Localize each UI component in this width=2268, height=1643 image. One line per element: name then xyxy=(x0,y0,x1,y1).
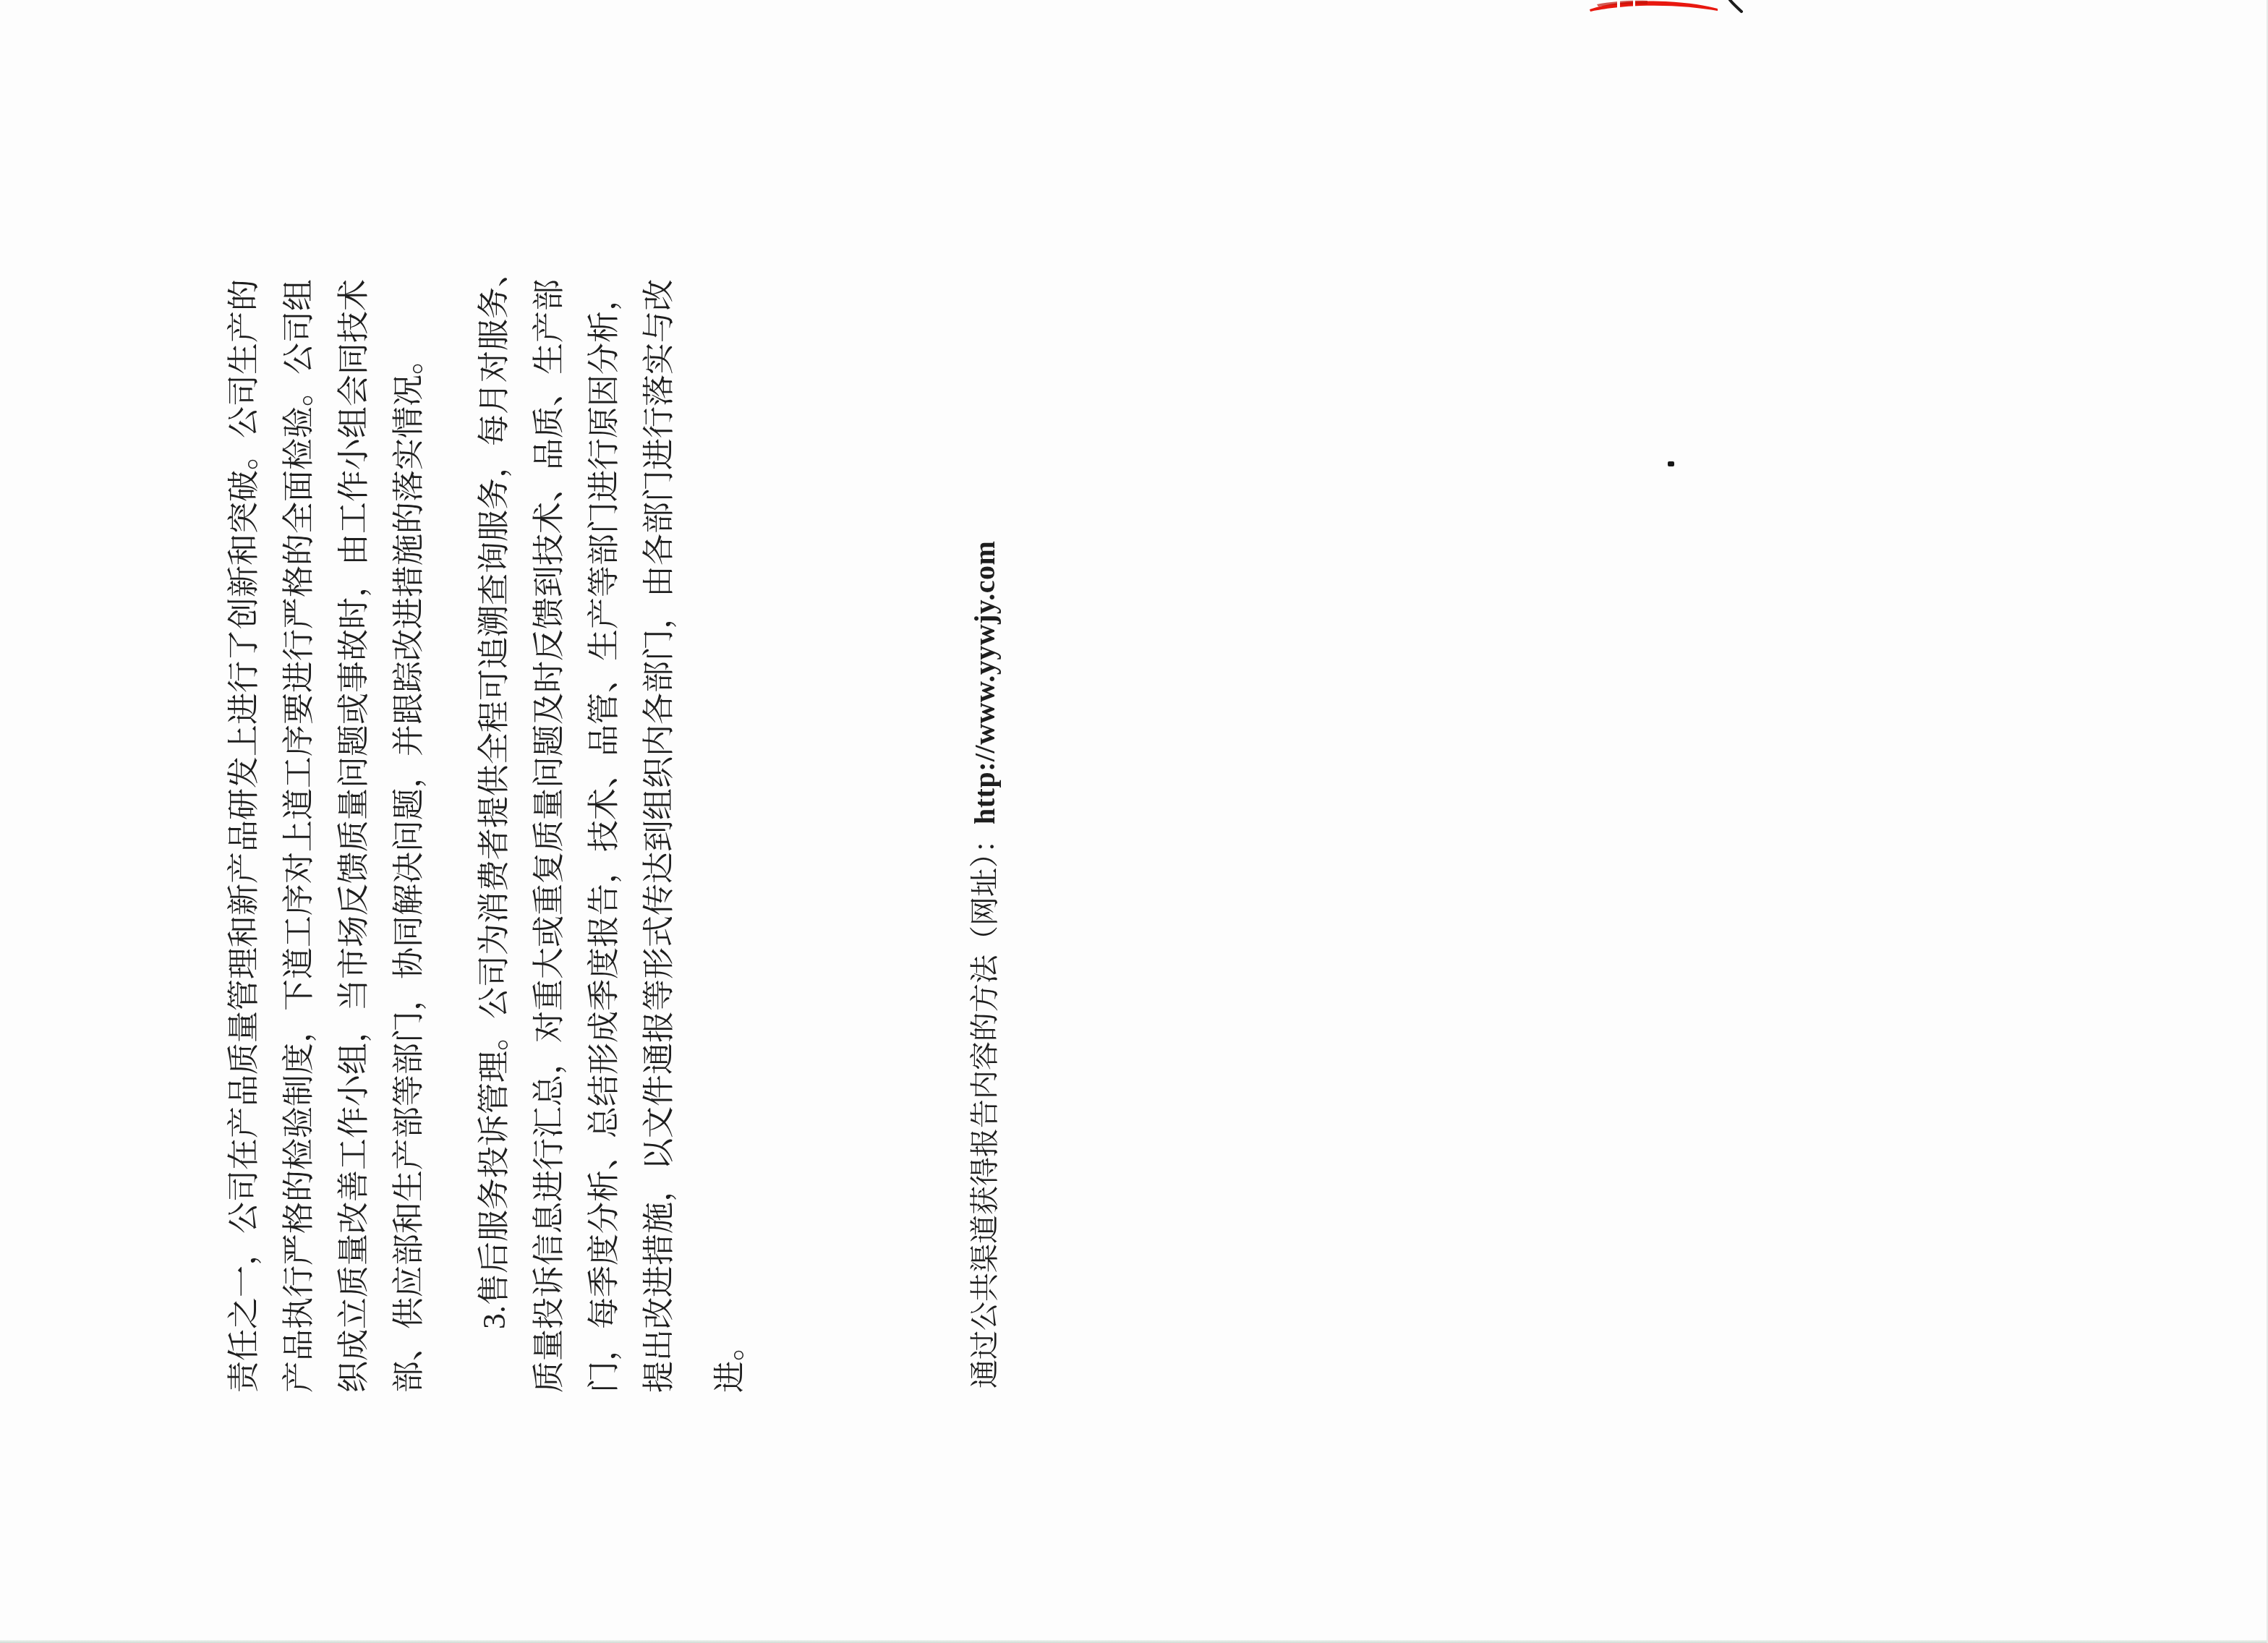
red-stamp-mark xyxy=(1590,0,1718,12)
text-line: 产品执行严格的检验制度，下道工序对上道工序要进行严格的全面检验。公司组 xyxy=(272,276,327,1393)
text-line: 责任之一，公司在产品质量管理和新产品研发上进行了创新和突破。公司生产的 xyxy=(217,276,272,1393)
text-line: 进。 xyxy=(703,276,758,1393)
scan-edge-bottom xyxy=(0,1640,2268,1643)
footer-text-block: 通过公共渠道获得报告内容的方法（网址）：http://www.yywjy.com xyxy=(958,492,1015,1388)
text-line: 部、供应部和生产部等部门，协同解决问题，并跟踪改进措施的落实情况。 xyxy=(382,276,437,1393)
report-url: http://www.yywjy.com xyxy=(968,541,1001,824)
text-line: 门，每季度分析、总结形成季度报告，技术、品管、生产等部门进行原因分析， xyxy=(577,276,632,1393)
ink-speck xyxy=(1668,461,1674,466)
text-line: 3.售后服务投诉管理。公司为消费者提供全程可追溯查询服务，每月对服务、 xyxy=(467,276,522,1393)
text-line: 提出改进措施，以文件通报等形式传达到组织内各部门，由各部门进行落实与改 xyxy=(632,276,687,1393)
scanned-document-page: 责任之一，公司在产品质量管理和新产品研发上进行了创新和突破。公司生产的 产品执行… xyxy=(0,0,2268,1643)
text-line: 质量投诉信息进行汇总，对重大或重复质量问题及时反馈到技术、品质、生产部 xyxy=(522,276,577,1393)
footer-label: 通过公共渠道获得报告内容的方法（网址）： xyxy=(968,824,1001,1388)
text-line: 织成立质量改善工作小组，当市场反馈质量问题或事故时，由工作小组会同技术 xyxy=(327,276,382,1393)
pen-stroke xyxy=(1727,0,1746,14)
body-text-block: 责任之一，公司在产品质量管理和新产品研发上进行了创新和突破。公司生产的 产品执行… xyxy=(217,276,756,1393)
